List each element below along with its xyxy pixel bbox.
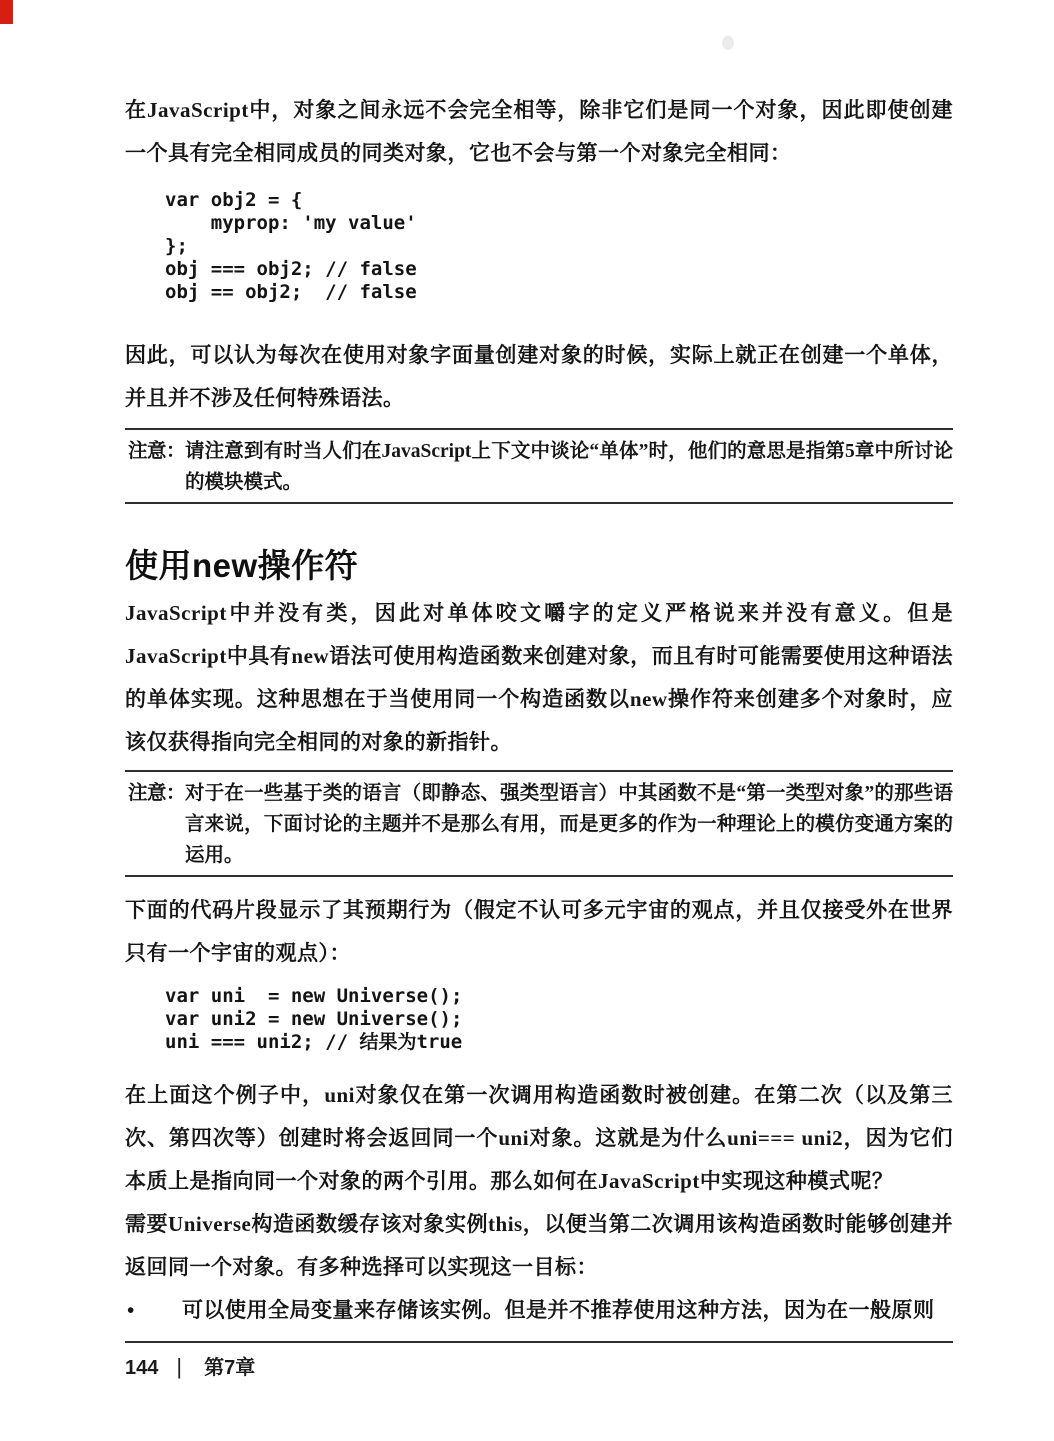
note-text: 请注意到有时当人们在JavaScript上下文中谈论“单体”时，他们的意思是指第…: [185, 436, 953, 498]
page-number: 144: [125, 1357, 158, 1380]
code-block-universe: var uni = new Universe(); var uni2 = new…: [165, 985, 953, 1054]
paragraph-cache-this: 需要Universe构造函数缓存该对象实例this，以便当第二次调用该构造函数时…: [125, 1203, 953, 1289]
footer-separator: |: [176, 1354, 182, 1380]
scan-corner-mark: [0, 0, 13, 24]
paragraph-expected-behavior: 下面的代码片段显示了其预期行为（假定不认可多元宇宙的观点，并且仅接受外在世界只有…: [125, 889, 953, 975]
section-heading: 使用new操作符: [125, 546, 953, 586]
bullet-text: 可以使用全局变量来存储该实例。但是并不推荐使用这种方法，因为在一般原则: [182, 1289, 953, 1332]
paragraph-uni-example: 在上面这个例子中，uni对象仅在第一次调用构造函数时被创建。在第二次（以及第三次…: [125, 1074, 953, 1203]
code-block-obj2: var obj2 = { myprop: 'my value' }; obj =…: [165, 189, 953, 304]
chapter-label: 第7章: [204, 1351, 255, 1380]
note-box: 注意： 请注意到有时当人们在JavaScript上下文中谈论“单体”时，他们的意…: [125, 428, 953, 504]
bullet-icon: •: [125, 1289, 182, 1332]
page-footer: 144 | 第7章: [125, 1341, 953, 1380]
page-content: 在JavaScript中，对象之间永远不会完全相等，除非它们是同一个对象，因此即…: [0, 0, 1054, 1332]
note-label: 注意：: [125, 778, 185, 809]
scan-artifact: [722, 36, 734, 50]
book-page: 在JavaScript中，对象之间永远不会完全相等，除非它们是同一个对象，因此即…: [0, 0, 1054, 1441]
note-box: 注意： 对于在一些基于类的语言（即静态、强类型语言）中其函数不是“第一类型对象”…: [125, 770, 953, 877]
list-item: • 可以使用全局变量来存储该实例。但是并不推荐使用这种方法，因为在一般原则: [125, 1289, 953, 1332]
paragraph-intro: 在JavaScript中，对象之间永远不会完全相等，除非它们是同一个对象，因此即…: [125, 89, 953, 175]
note-label: 注意：: [125, 436, 185, 467]
paragraph-singleton: 因此，可以认为每次在使用对象字面量创建对象的时候，实际上就正在创建一个单体，并且…: [125, 334, 953, 420]
note-text: 对于在一些基于类的语言（即静态、强类型语言）中其函数不是“第一类型对象”的那些语…: [185, 778, 953, 871]
paragraph-new-operator: JavaScript中并没有类，因此对单体咬文嚼字的定义严格说来并没有意义。但是…: [125, 592, 953, 764]
